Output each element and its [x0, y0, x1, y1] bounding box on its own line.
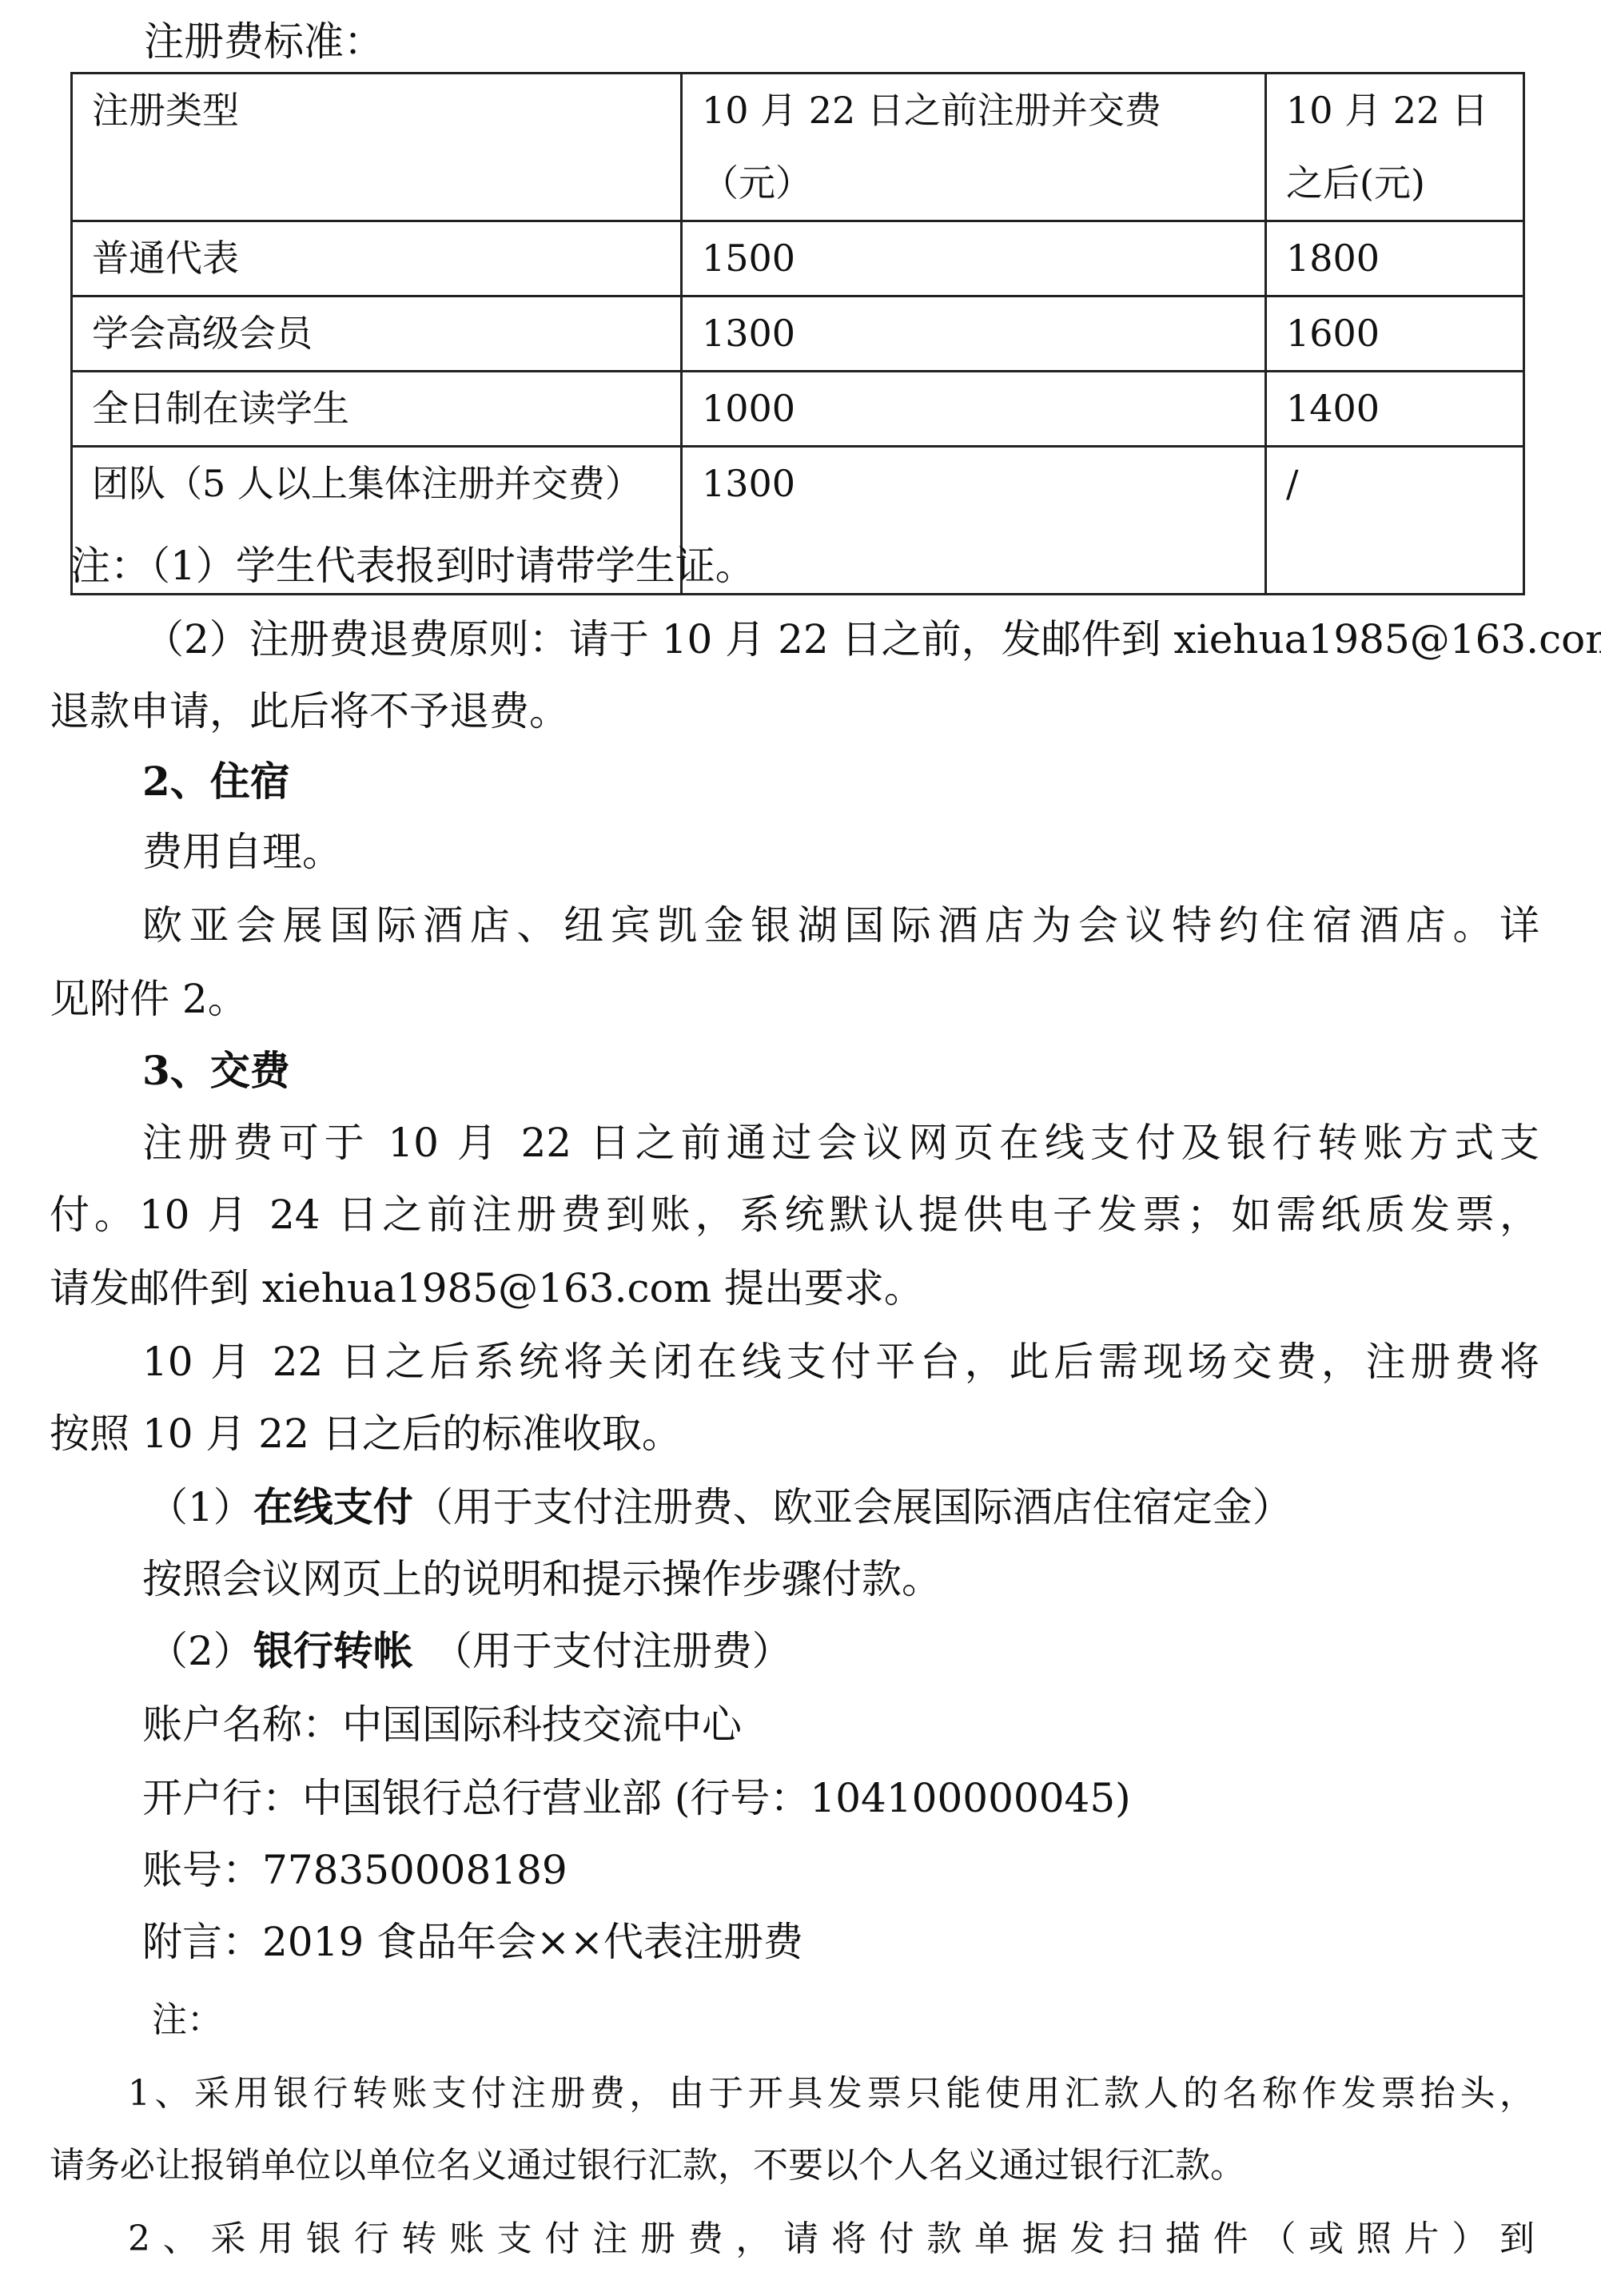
table-cell: 学会高级会员 [72, 296, 682, 372]
table-header-row: 注册类型 10 月 22 日之前注册并交费（元） 10 月 22 日之后(元) [72, 74, 1524, 221]
online-payment-title: 在线支付 [253, 1483, 413, 1530]
payment-p1-line2: 付。10 月 24 日之前注册费到账，系统默认提供电子发票；如需纸质发票， [50, 1191, 1539, 1239]
table-cell: 1300 [682, 447, 1266, 595]
bank-account-number: 账号：778350008189 [142, 1846, 568, 1894]
bank-transfer-desc: （用于支付注册费） [432, 1628, 792, 1674]
bank-branch: 开户行：中国银行总行营业部 (行号：104100000045) [142, 1774, 1131, 1822]
bank-transfer-title: 银行转帐 [253, 1627, 413, 1674]
note-refund-line2: 退款申请，此后将不予退费。 [50, 687, 569, 735]
accommodation-p2-line2: 见附件 2。 [50, 975, 248, 1023]
online-payment-desc: （用于支付注册费、欧亚会展国际酒店住宿定金） [413, 1484, 1292, 1530]
note-student-id: 注：（1）学生代表报到时请带学生证。 [70, 542, 755, 590]
table-row: 普通代表 1500 1800 [72, 221, 1524, 296]
bank-transfer-heading: （2）银行转帐（用于支付注册费） [148, 1627, 792, 1675]
table-cell: 1600 [1266, 296, 1524, 372]
table-cell: 1400 [1266, 372, 1524, 447]
bank-note1-line2: 请务必让报销单位以单位名义通过银行汇款，不要以个人名义通过银行汇款。 [50, 2142, 1245, 2190]
bank-remark: 附言：2019 食品年会××代表注册费 [142, 1918, 803, 1966]
table-cell: 1000 [682, 372, 1266, 447]
accommodation-p1: 费用自理。 [142, 828, 342, 876]
table-header-cell: 10 月 22 日之前注册并交费（元） [682, 74, 1266, 221]
section-payment-title: 3、交费 [142, 1047, 290, 1095]
section-accommodation-title: 2、住宿 [142, 758, 290, 806]
bank-note-label: 注： [152, 1996, 222, 2044]
bank-note1-line1: 1、采用银行转账支付注册费，由于开具发票只能使用汇款人的名称作发票抬头， [128, 2070, 1535, 2118]
online-payment-text: 按照会议网页上的说明和提示操作步骤付款。 [142, 1555, 942, 1603]
table-cell: 普通代表 [72, 221, 682, 296]
online-payment-heading: （1）在线支付（用于支付注册费、欧亚会展国际酒店住宿定金） [148, 1483, 1292, 1531]
bank-note2-line1: 2、采用银行转账支付注册费，请将付款单据发扫描件（或照片）到 [128, 2215, 1535, 2263]
table-cell: 1500 [682, 221, 1266, 296]
fee-table: 注册类型 10 月 22 日之前注册并交费（元） 10 月 22 日之后(元) … [70, 72, 1525, 595]
payment-p1-line3: 请发邮件到 xiehua1985@163.com 提出要求。 [50, 1264, 924, 1312]
table-header-cell: 注册类型 [72, 74, 682, 221]
table-cell: 1800 [1266, 221, 1524, 296]
payment-p2-line1: 10 月 22 日之后系统将关闭在线支付平台，此后需现场交费，注册费将 [142, 1338, 1539, 1386]
accommodation-p2-line1: 欧亚会展国际酒店、纽宾凯金银湖国际酒店为会议特约住宿酒店。详 [142, 901, 1539, 949]
bank-transfer-prefix: （2） [148, 1628, 253, 1674]
table-row: 全日制在读学生 1000 1400 [72, 372, 1524, 447]
table-row: 学会高级会员 1300 1600 [72, 296, 1524, 372]
bank-account-name: 账户名称：中国国际科技交流中心 [142, 1701, 742, 1749]
table-cell: / [1266, 447, 1524, 595]
online-payment-prefix: （1） [148, 1484, 253, 1530]
note-refund-line1: （2）注册费退费原则：请于 10 月 22 日之前，发邮件到 xiehua198… [144, 615, 1535, 663]
table-cell: 1300 [682, 296, 1266, 372]
payment-p1-line1: 注册费可于 10 月 22 日之前通过会议网页在线支付及银行转账方式支 [142, 1119, 1539, 1167]
table-cell: 全日制在读学生 [72, 372, 682, 447]
fee-standard-heading: 注册费标准： [144, 18, 384, 66]
table-header-cell: 10 月 22 日之后(元) [1266, 74, 1524, 221]
payment-p2-line2: 按照 10 月 22 日之后的标准收取。 [50, 1410, 682, 1458]
